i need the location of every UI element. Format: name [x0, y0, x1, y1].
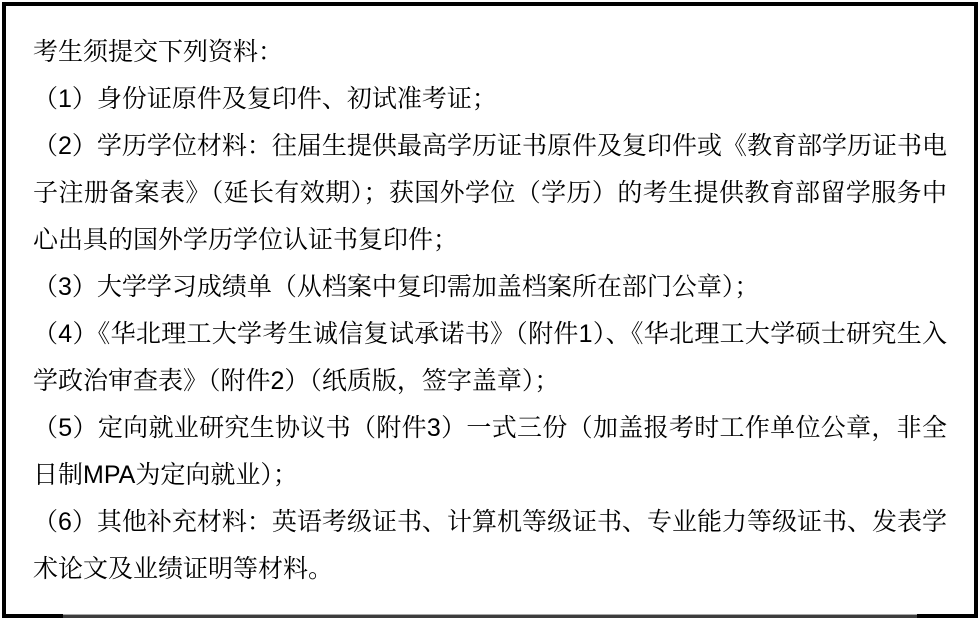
- requirement-item-2: （2）学历学位材料：往届生提供最高学历证书原件及复印件或《教育部学历证书电子注册…: [33, 123, 947, 264]
- requirement-item-4: （4）《华北理工大学考生诚信复试承诺书》（附件1）、《华北理工大学硕士研究生入学…: [33, 311, 947, 405]
- requirement-item-3: （3）大学学习成绩单（从档案中复印需加盖档案所在部门公章）；: [33, 264, 947, 311]
- requirement-item-6: （6）其他补充材料：英语考级证书、计算机等级证书、专业能力等级证书、发表学术论文…: [33, 499, 947, 593]
- requirement-item-1: （1）身份证原件及复印件、初试准考证；: [33, 76, 947, 123]
- document-border-box: 考生须提交下列资料： （1）身份证原件及复印件、初试准考证； （2）学历学位材料…: [2, 2, 978, 618]
- intro-line: 考生须提交下列资料：: [33, 29, 947, 76]
- bottom-divider-line: [63, 614, 917, 618]
- page-background: 考生须提交下列资料： （1）身份证原件及复印件、初试准考证； （2）学历学位材料…: [0, 0, 980, 626]
- requirement-item-5: （5）定向就业研究生协议书（附件3）一式三份（加盖报考时工作单位公章，非全日制M…: [33, 405, 947, 499]
